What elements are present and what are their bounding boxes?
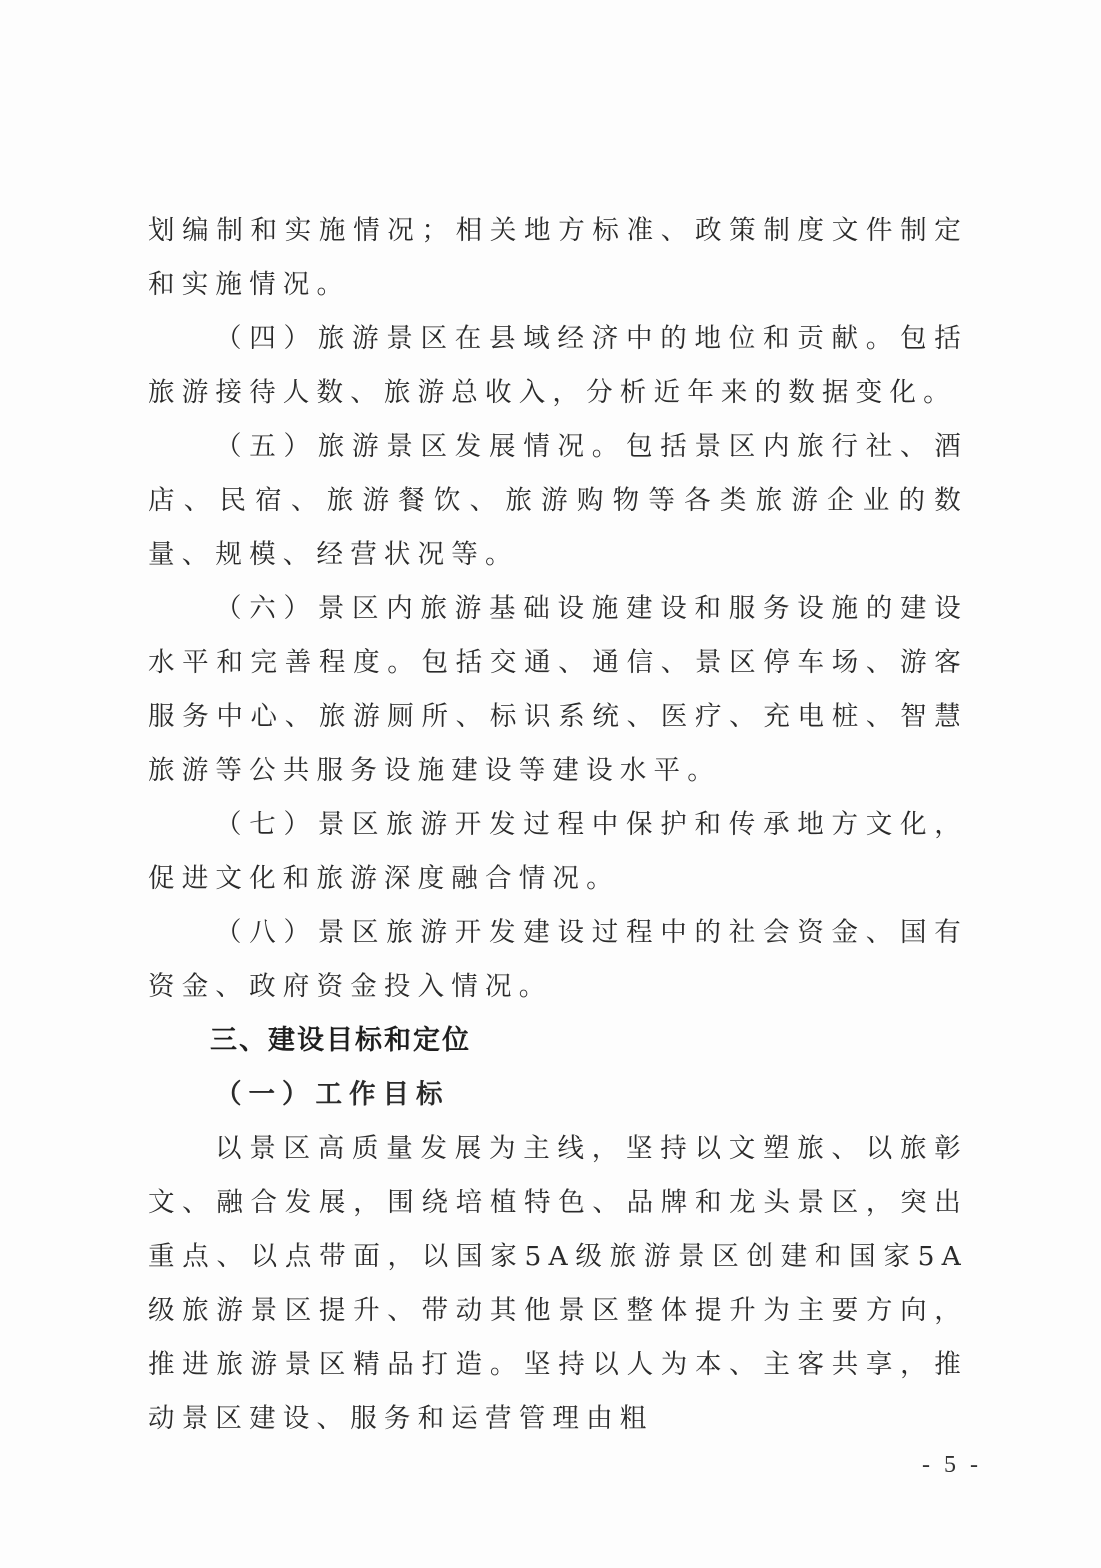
paragraph-item-4-economic-contribution: （四）旅游景区在县域经济中的地位和贡献。包括旅游接待人数、旅游总收入，分析近年来… bbox=[148, 312, 968, 420]
paragraph-item-6-infrastructure: （六）景区内旅游基础设施建设和服务设施的建设水平和完善程度。包括交通、通信、景区… bbox=[148, 582, 968, 798]
paragraph-planning-status: 划编制和实施情况；相关地方标准、政策制度文件制定和实施情况。 bbox=[148, 204, 968, 312]
paragraph-item-8-capital-investment: （八）景区旅游开发建设过程中的社会资金、国有资金、政府资金投入情况。 bbox=[148, 906, 968, 1014]
section-heading-goals-positioning: 三、建设目标和定位 bbox=[148, 1014, 968, 1068]
paragraph-work-goals-body: 以景区高质量发展为主线，坚持以文塑旅、以旅彰文、融合发展，围绕培植特色、品牌和龙… bbox=[148, 1122, 968, 1446]
page-content: 划编制和实施情况；相关地方标准、政策制度文件制定和实施情况。 （四）旅游景区在县… bbox=[148, 204, 968, 1446]
document-page: 划编制和实施情况；相关地方标准、政策制度文件制定和实施情况。 （四）旅游景区在县… bbox=[0, 0, 1101, 1568]
paragraph-item-7-culture-integration: （七）景区旅游开发过程中保护和传承地方文化，促进文化和旅游深度融合情况。 bbox=[148, 798, 968, 906]
subsection-heading-work-goals: （一）工作目标 bbox=[148, 1068, 968, 1122]
page-number: - 5 - bbox=[922, 1452, 982, 1479]
paragraph-item-5-development-status: （五）旅游景区发展情况。包括景区内旅行社、酒店、民宿、旅游餐饮、旅游购物等各类旅… bbox=[148, 420, 968, 582]
